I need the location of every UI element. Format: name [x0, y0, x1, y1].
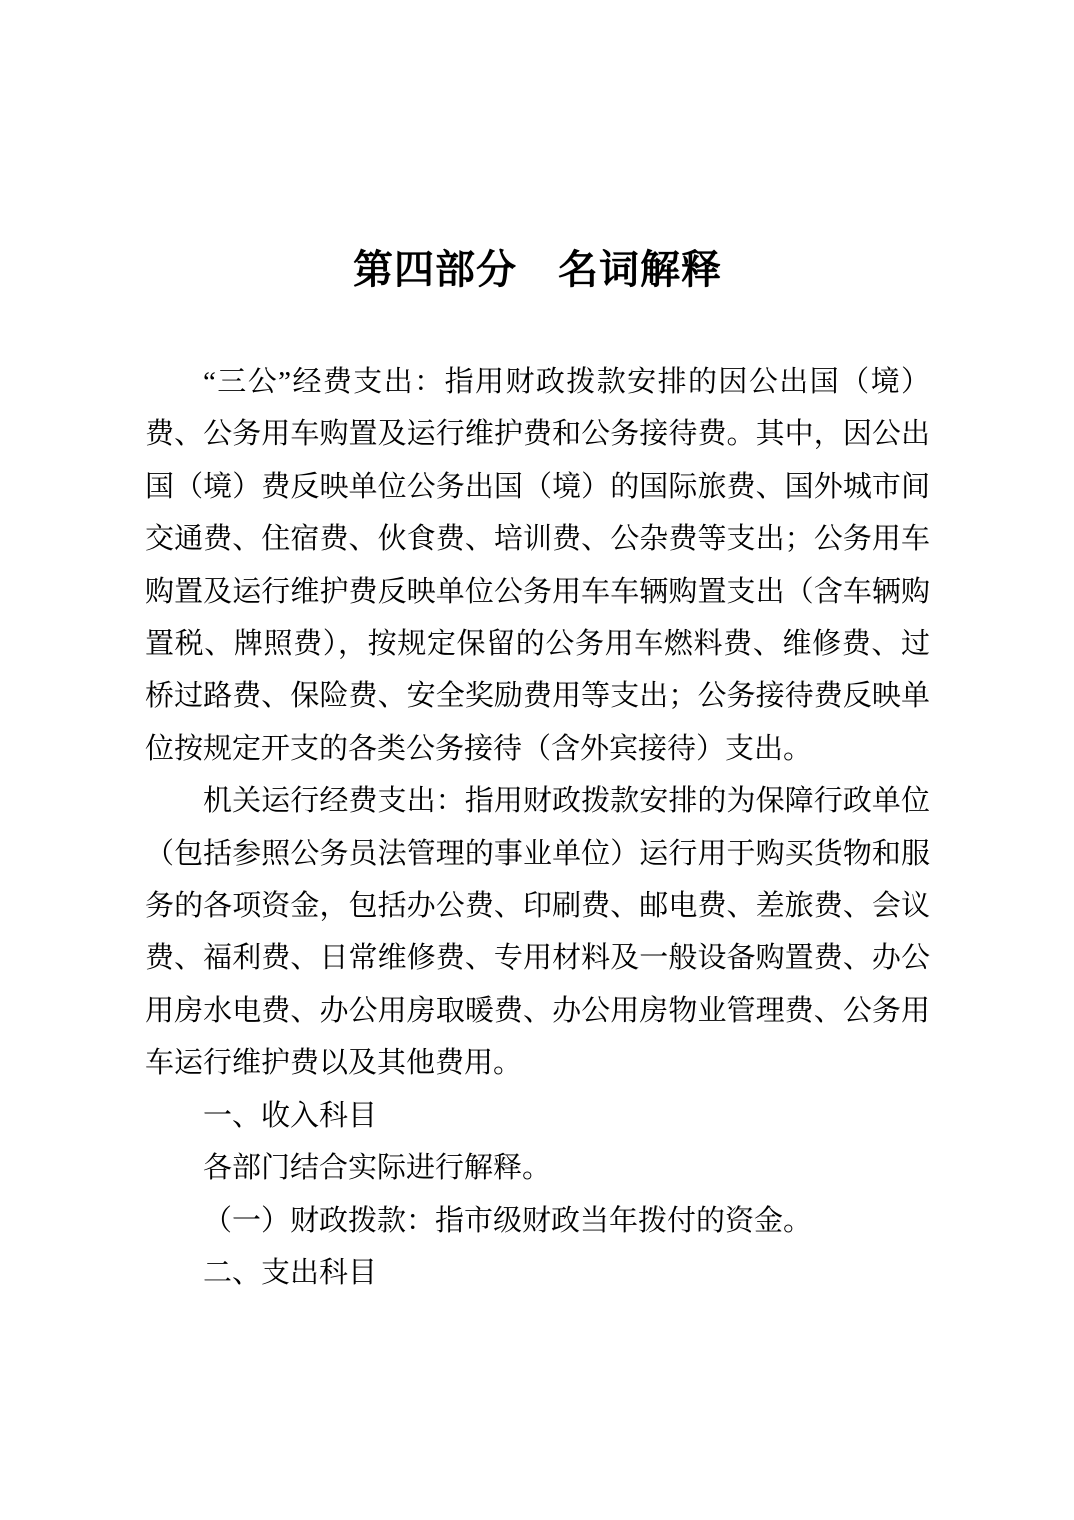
page-title: 第四部分 名词解释 — [145, 246, 930, 294]
heading-income-subjects: 一、收入科目 — [145, 1090, 930, 1142]
paragraph-sangong-expenses: “三公”经费支出：指用财政拨款安排的因公出国（境）费、公务用车购置及运行维护费和… — [145, 356, 930, 775]
heading-expenditure-subjects: 二、支出科目 — [145, 1247, 930, 1299]
paragraph-agency-operating-expenses: 机关运行经费支出：指用财政拨款安排的为保障行政单位（包括参照公务员法管理的事业单… — [145, 775, 930, 1089]
paragraph-fiscal-appropriation: （一）财政拨款：指市级财政当年拨付的资金。 — [145, 1195, 930, 1247]
paragraph-departments-explain: 各部门结合实际进行解释。 — [145, 1142, 930, 1194]
document-page: 第四部分 名词解释 “三公”经费支出：指用财政拨款安排的因公出国（境）费、公务用… — [0, 0, 1074, 1520]
document-body: “三公”经费支出：指用财政拨款安排的因公出国（境）费、公务用车购置及运行维护费和… — [145, 356, 930, 1299]
